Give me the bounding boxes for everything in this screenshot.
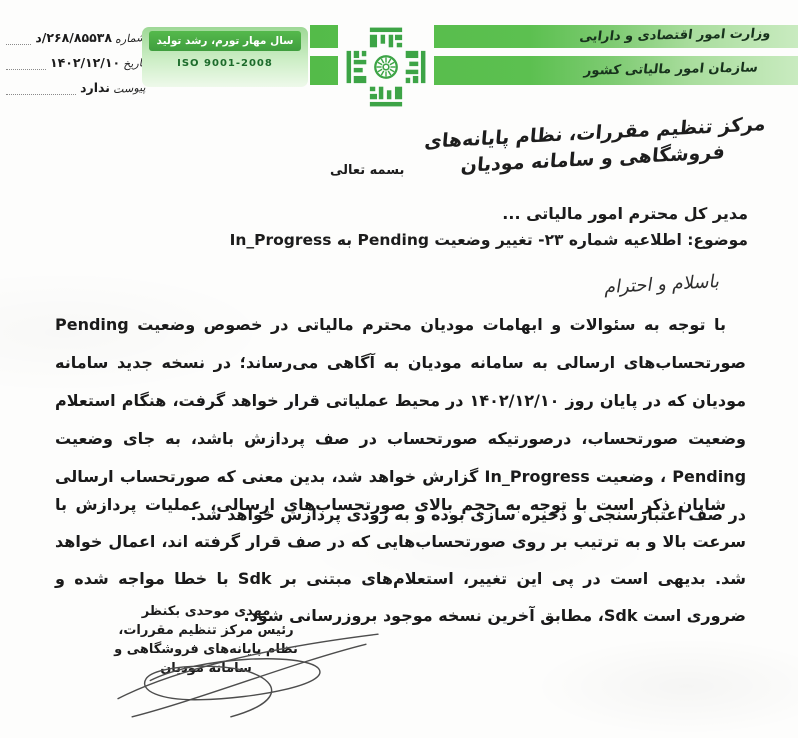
number-value: ۲۶۸/۸۵۵۳۸/د: [35, 30, 112, 45]
tax-administration-name: سازمان امور مالیاتی کشور: [579, 60, 763, 78]
salutation-handwritten: باسلام و احترام: [603, 271, 721, 298]
besmellah-text: بسمه تعالی: [330, 163, 404, 178]
regulation-center-title: مرکز تنظیم مقررات، نظام پایانه‌های فروشگ…: [396, 110, 792, 183]
reference-number-row: شماره ۲۶۸/۸۵۵۳۸/د: [6, 20, 146, 45]
attachment-value: ندارد: [80, 80, 110, 95]
reference-block: شماره ۲۶۸/۸۵۵۳۸/د تاریخ ۱۴۰۲/۱۲/۱۰ پیوست…: [6, 20, 146, 95]
subject-line: موضوع: اطلاعیه شماره ۲۳- تغییر وضعیت Pen…: [230, 231, 748, 249]
scanned-letter: شماره ۲۶۸/۸۵۵۳۸/د تاریخ ۱۴۰۲/۱۲/۱۰ پیوست…: [0, 0, 798, 738]
dotted-line: [6, 32, 31, 45]
slogan-text: سال مهار تورم، رشد تولید: [149, 31, 301, 51]
slogan-banner: سال مهار تورم، رشد تولید ISO 9001-2008: [142, 27, 308, 87]
tax-logo-icon: [343, 24, 429, 110]
iso-certification-text: ISO 9001-2008: [142, 58, 308, 69]
date-row: تاریخ ۱۴۰۲/۱۲/۱۰: [6, 45, 146, 70]
signer-name: مهدی موحدی بکنظر: [92, 602, 320, 621]
recipient-line: مدیر کل محترم امور مالیاتی ...: [502, 204, 748, 223]
dotted-line: [6, 57, 46, 70]
attachment-row: پیوست ندارد: [6, 70, 146, 95]
tax-administration-logo: [338, 20, 434, 114]
signature-scribble-icon: [112, 628, 384, 724]
date-value: ۱۴۰۲/۱۲/۱۰: [50, 55, 120, 70]
dotted-line: [6, 82, 76, 95]
